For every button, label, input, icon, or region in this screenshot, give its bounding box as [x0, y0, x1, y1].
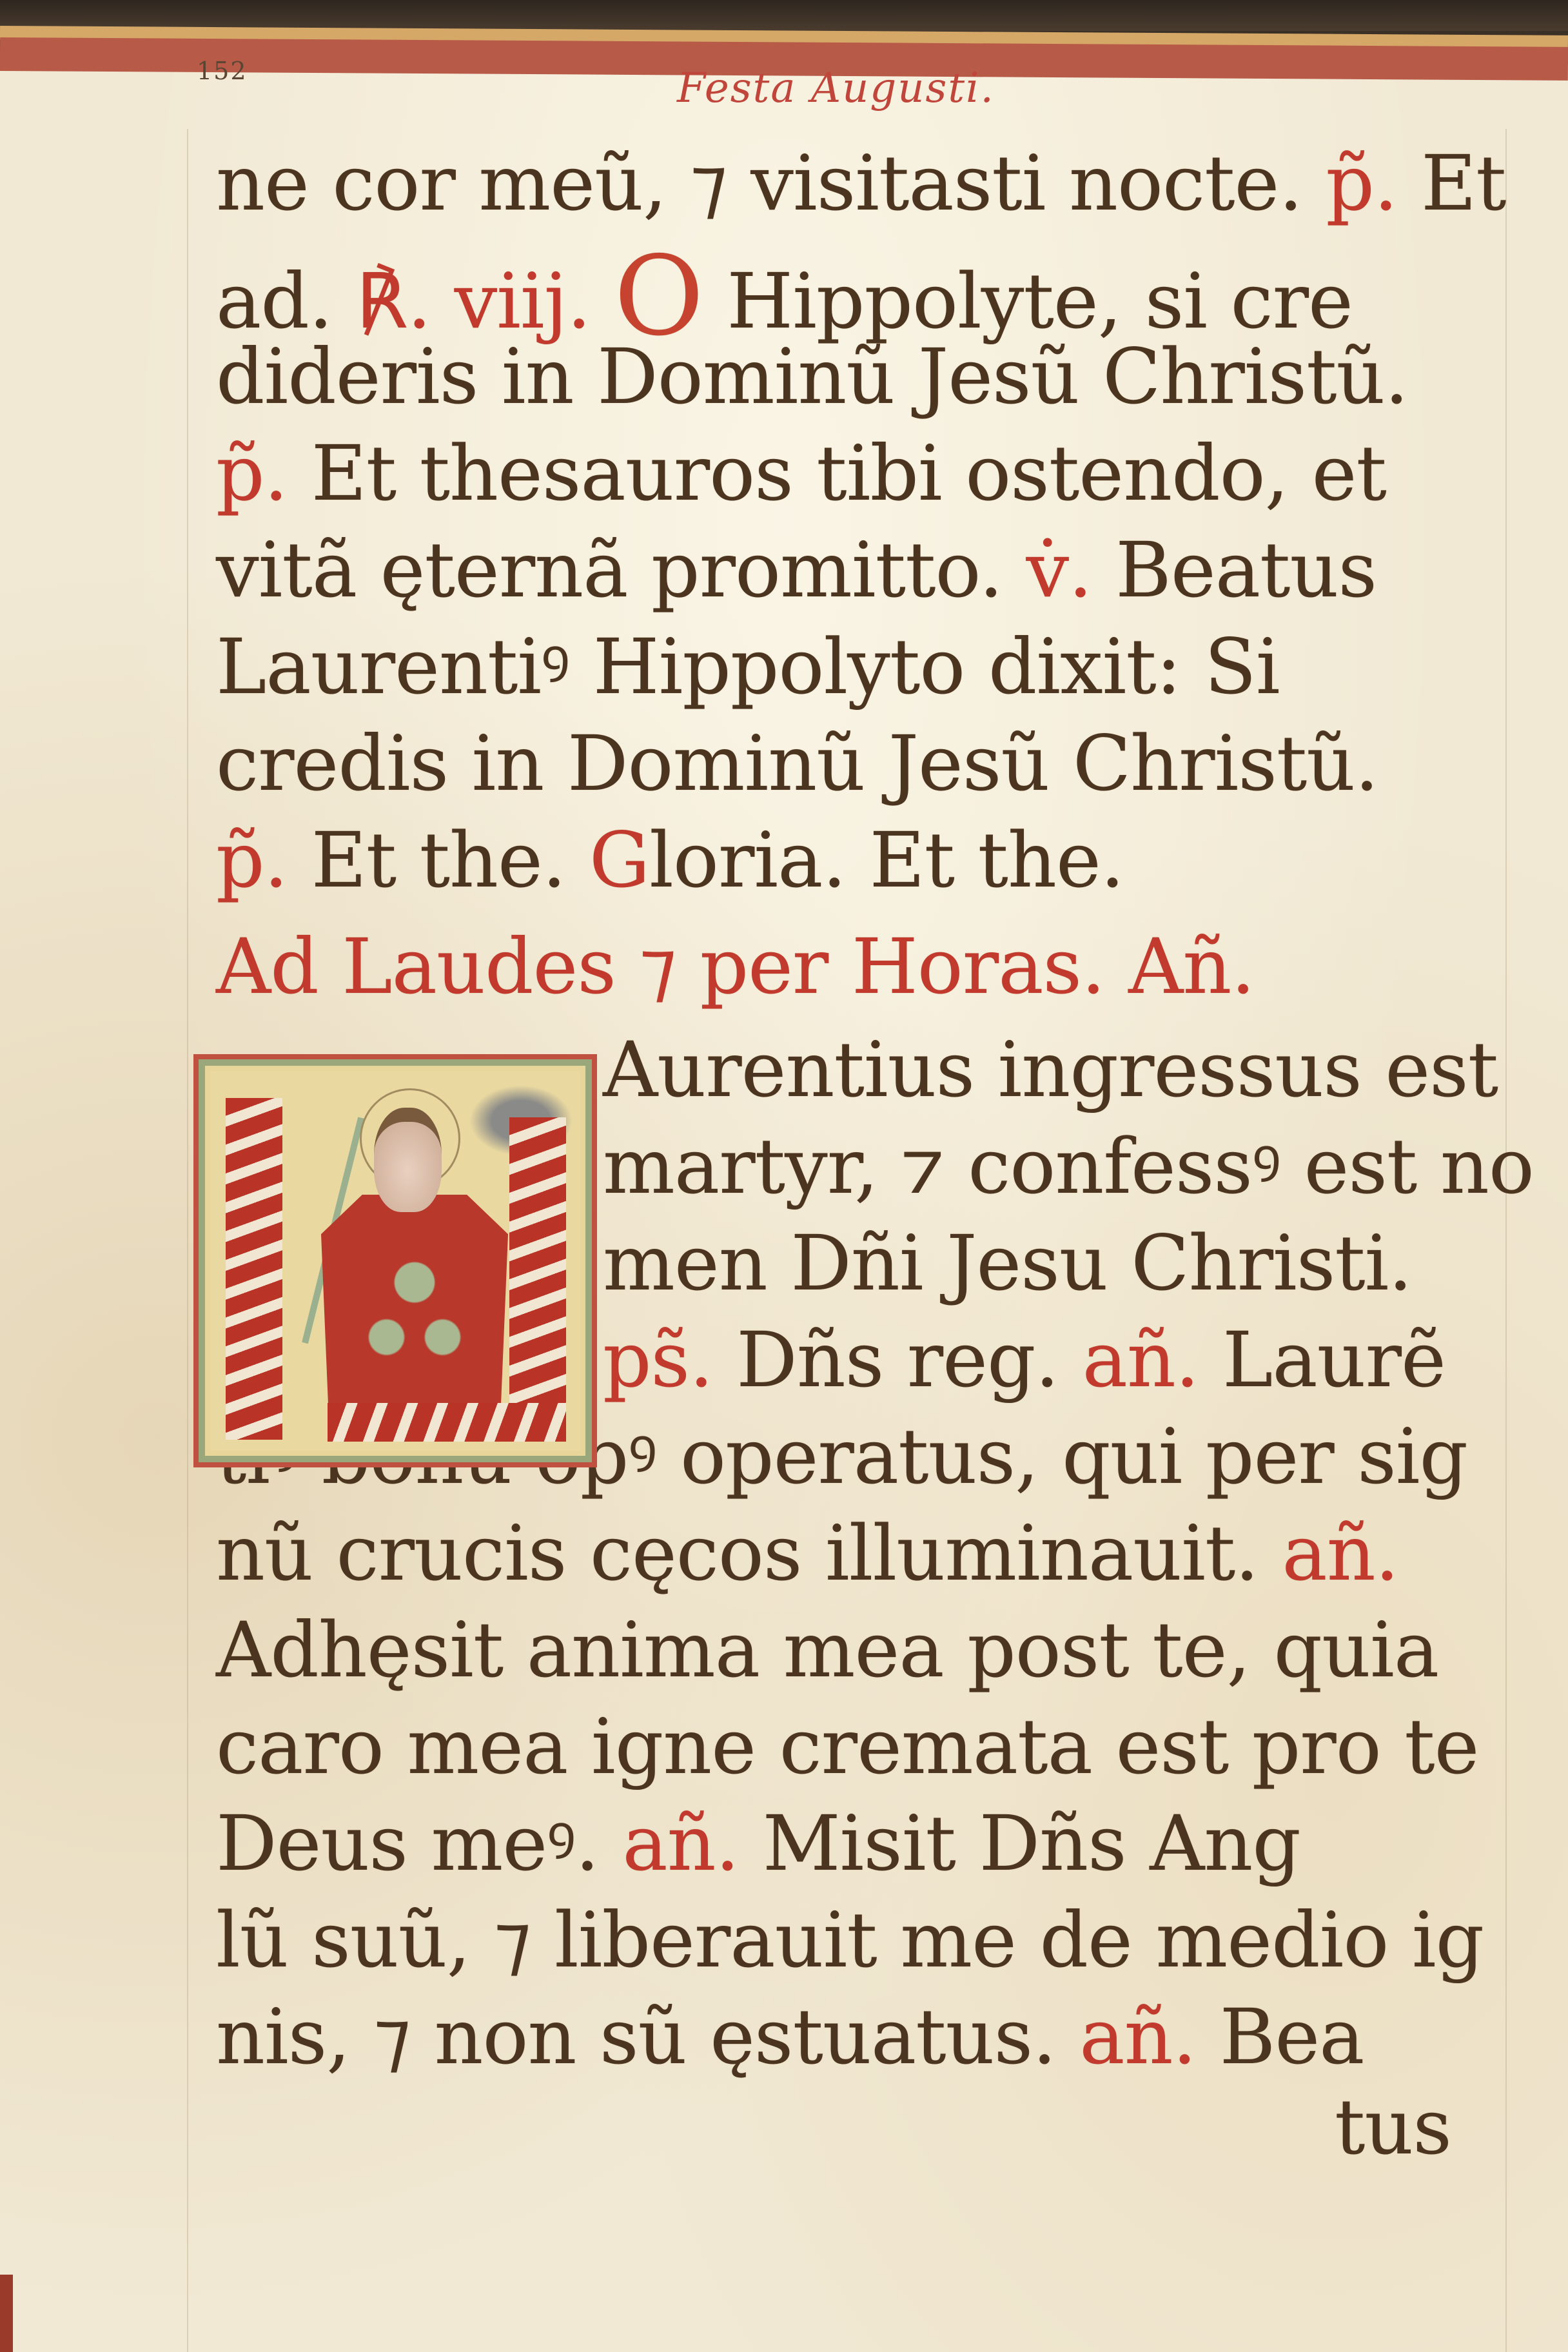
text-span: credis in Dominũ Jesũ Christũ.: [216, 719, 1378, 808]
saint-lawrence-figure: [374, 1108, 442, 1212]
text-line: men Dñi Jesu Christi.: [603, 1225, 1499, 1301]
text-span: Beatus: [1115, 525, 1377, 614]
text-span: lũ suũ, ⁊ liberauit me de medio ig: [216, 1896, 1484, 1984]
text-span: Et thesauros tibi ostendo, et: [311, 429, 1386, 518]
text-span: nũ crucis cęcos illuminauit.: [216, 1509, 1282, 1598]
saint-dalmatic: [321, 1195, 508, 1414]
rubric-text: Ad Laudes ⁊ per Horas. Añ.: [216, 922, 1255, 1011]
rubric-text: añ.: [622, 1799, 762, 1888]
ruling-line-right: [1505, 129, 1507, 2352]
text-line: credis in Dominũ Jesũ Christũ.: [216, 725, 1499, 801]
text-span: nis, ⁊ non sũ ęstuatus.: [216, 1992, 1079, 2081]
rubric-text: p̃.: [216, 429, 311, 518]
text-span: dideris in Dominũ Jesũ Christũ.: [216, 332, 1408, 421]
text-line: lũ suũ, ⁊ liberauit me de medio ig: [216, 1902, 1499, 1978]
rubric-text: p̃.: [1326, 139, 1421, 228]
text-span: loria. Et the.: [649, 816, 1124, 905]
text-span: Laurẽ: [1222, 1315, 1445, 1404]
text-line: Aurentius ingressus est: [603, 1032, 1499, 1108]
text-line: Deus meꝰ. añ. Misit Dñs Ang: [216, 1805, 1499, 1881]
text-line: ne cor meũ, ⁊ visitasti nocte. p̃. Et: [216, 145, 1499, 221]
text-span: ne cor meũ, ⁊ visitasti nocte.: [216, 139, 1326, 228]
rubric-text: añ.: [1079, 1992, 1219, 2081]
text-span: Adhęsit anima mea post te, quia: [216, 1605, 1438, 1694]
text-span: caro mea igne cremata est pro te: [216, 1702, 1479, 1791]
ruling-line-left: [187, 129, 188, 2352]
text-span: men Dñi Jesu Christi.: [603, 1219, 1412, 1308]
rubric-text: añ.: [1083, 1315, 1222, 1404]
text-span: Misit Dñs Ang: [763, 1799, 1300, 1888]
text-line: ps̃. Dñs reg. añ. Laurẽ: [603, 1322, 1499, 1398]
rubric-text: ps̃.: [603, 1315, 736, 1404]
text-line: p̃. Et the. Gloria. Et the.: [216, 822, 1499, 898]
text-line: martyr, ⁊ confessꝰ est no: [603, 1128, 1499, 1204]
catchword: tus: [1335, 2089, 1502, 2165]
text-span: Et: [1421, 139, 1506, 228]
frame-top: [0, 0, 1568, 31]
text-line: Ad Laudes ⁊ per Horas. Añ.: [216, 928, 1499, 1004]
text-span: vitã ęternã promitto.: [216, 525, 1026, 614]
text-line: nũ crucis cęcos illuminauit. añ.: [216, 1515, 1499, 1591]
rubric-text: añ.: [1282, 1509, 1398, 1598]
text-span: Dñs reg.: [736, 1315, 1082, 1404]
text-line: caro mea igne cremata est pro te: [216, 1709, 1499, 1785]
corner-stain: [0, 2275, 13, 2352]
text-line: dideris in Dominũ Jesũ Christũ.: [216, 338, 1499, 415]
text-span: Bea: [1220, 1992, 1364, 2081]
text-span: Et the.: [311, 816, 589, 905]
rubric-text: G: [589, 816, 649, 905]
text-span: Laurentiꝰ Hippolyto dixit: Si: [216, 622, 1280, 711]
text-line: vitã ęternã promitto. v̇. Beatus: [216, 532, 1499, 608]
text-span: Aurentius ingressus est: [603, 1025, 1498, 1114]
text-span: Deus meꝰ.: [216, 1799, 622, 1888]
running-head: Festa Augusti.: [677, 64, 995, 112]
folio-number: 152: [197, 57, 248, 85]
text-line: Adhęsit anima mea post te, quia: [216, 1612, 1499, 1688]
text-line: nis, ⁊ non sũ ęstuatus. añ. Bea: [216, 1999, 1499, 2075]
initial-letter-foot: [328, 1403, 566, 1442]
text-line: p̃. Et thesauros tibi ostendo, et: [216, 435, 1499, 511]
rubric-text: p̃.: [216, 816, 311, 905]
initial-letter-flourish: [509, 1117, 566, 1440]
initial-letter-stem: [226, 1098, 282, 1440]
text-span: tus: [1335, 2082, 1451, 2171]
text-span: martyr, ⁊ confessꝰ est no: [603, 1122, 1534, 1211]
text-line: Laurentiꝰ Hippolyto dixit: Si: [216, 629, 1499, 705]
rubric-text: v̇.: [1026, 525, 1115, 614]
illuminated-initial-l: [193, 1054, 597, 1467]
